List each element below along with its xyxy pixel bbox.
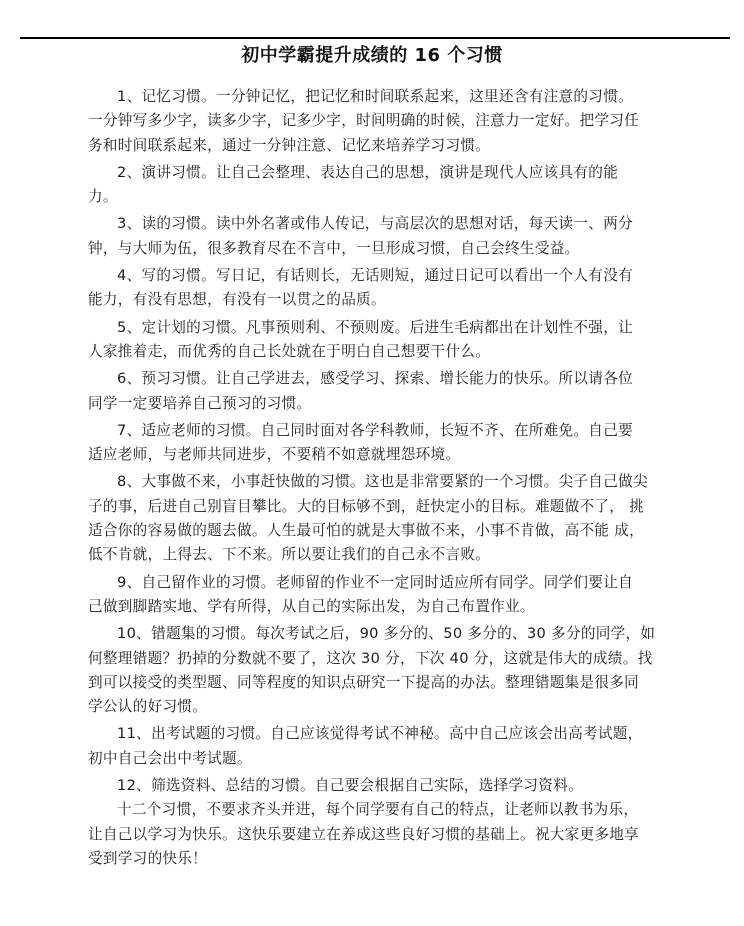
- text-line: 9、自己留作业的习惯。老师留的作业不一定同时适应所有同学。同学们要让自: [88, 571, 663, 595]
- text-line: 11、出考试题的习惯。自己应该觉得考试不神秘。高中自己应该会出高考试题，: [88, 722, 663, 746]
- document-body: 1、记忆习惯。一分钟记忆，把记忆和时间联系起来，这里还含有注意的习惯。 一分钟写…: [88, 85, 663, 871]
- paragraph-habit-11: 11、出考试题的习惯。自己应该觉得考试不神秘。高中自己应该会出高考试题， 初中自…: [88, 722, 663, 771]
- header-rule: [20, 37, 730, 39]
- text-line: 适应老师，与老师共同进步，不要稍不如意就埋怨环境。: [88, 443, 663, 467]
- text-line: 5、定计划的习惯。凡事预则利、不预则废。后进生毛病都出在计划性不强，让: [88, 316, 663, 340]
- text-line: 4、写的习惯。写日记，有话则长，无话则短，通过日记可以看出一个人有没有: [88, 264, 663, 288]
- text-line: 何整理错题？扔掉的分数就不要了，这次 30 分，下次 40 分，这就是伟大的成绩…: [88, 647, 663, 671]
- text-line: 受到学习的快乐！: [88, 847, 663, 871]
- text-line: 学公认的好习惯。: [88, 695, 663, 719]
- text-line: 十二个习惯，不要求齐头并进，每个同学要有自己的特点，让老师以教书为乐，: [88, 798, 663, 822]
- text-line: 一分钟写多少字，读多少字，记多少字，时间明确的时候，注意力一定好。把学习任: [88, 109, 663, 133]
- text-line: 子的事，后进自己别盲目攀比。大的目标够不到，赶快定小的目标。难题做不了， 挑: [88, 495, 663, 519]
- paragraph-habit-10: 10、错题集的习惯。每次考试之后，90 多分的、50 多分的、30 多分的同学，…: [88, 622, 663, 719]
- text-line: 初中自己会出中考试题。: [88, 747, 663, 771]
- text-line: 到可以接受的类型题、同等程度的知识点研究一下提高的办法。整理错题集是很多同: [88, 671, 663, 695]
- text-line: 同学一定要培养自己预习的习惯。: [88, 392, 663, 416]
- text-line: 2、演讲习惯。让自己会整理、表达自己的思想，演讲是现代人应该具有的能: [88, 161, 663, 185]
- text-line: 8、大事做不来，小事赶快做的习惯。这也是非常要紧的一个习惯。尖子自己做尖: [88, 470, 663, 494]
- text-line: 力。: [88, 185, 663, 209]
- document-title: 初中学霸提升成绩的 16 个习惯: [0, 43, 744, 69]
- text-line: 低不肯就，上得去、下不来。所以要让我们的自己永不言败。: [88, 543, 663, 567]
- text-line: 适合你的容易做的题去做。人生最可怕的就是大事做不来，小事不肯做，高不能 成，: [88, 519, 663, 543]
- text-line: 10、错题集的习惯。每次考试之后，90 多分的、50 多分的、30 多分的同学，…: [88, 622, 663, 646]
- text-line: 能力，有没有思想，有没有一以贯之的品质。: [88, 288, 663, 312]
- text-line: 钟，与大师为伍，很多教育尽在不言中，一旦形成习惯，自己会终生受益。: [88, 237, 663, 261]
- paragraph-conclusion: 十二个习惯，不要求齐头并进，每个同学要有自己的特点，让老师以教书为乐， 让自己以…: [88, 798, 663, 871]
- paragraph-habit-1: 1、记忆习惯。一分钟记忆，把记忆和时间联系起来，这里还含有注意的习惯。 一分钟写…: [88, 85, 663, 158]
- text-line: 6、预习习惯。让自己学进去，感受学习、探索、增长能力的快乐。所以请各位: [88, 367, 663, 391]
- paragraph-habit-5: 5、定计划的习惯。凡事预则利、不预则废。后进生毛病都出在计划性不强，让 人家推着…: [88, 316, 663, 365]
- paragraph-habit-3: 3、读的习惯。读中外名著或伟人传记，与高层次的思想对话，每天读一、两分 钟，与大…: [88, 212, 663, 261]
- paragraph-habit-2: 2、演讲习惯。让自己会整理、表达自己的思想，演讲是现代人应该具有的能 力。: [88, 161, 663, 210]
- text-line: 12、筛选资料、总结的习惯。自己要会根据自己实际，选择学习资料。: [88, 774, 663, 798]
- paragraph-habit-7: 7、适应老师的习惯。自己同时面对各学科教师，长短不齐、在所难免。自己要 适应老师…: [88, 419, 663, 468]
- text-line: 务和时间联系起来，通过一分钟注意、记忆来培养学习习惯。: [88, 134, 663, 158]
- paragraph-habit-8: 8、大事做不来，小事赶快做的习惯。这也是非常要紧的一个习惯。尖子自己做尖 子的事…: [88, 470, 663, 567]
- paragraph-habit-9: 9、自己留作业的习惯。老师留的作业不一定同时适应所有同学。同学们要让自 己做到脚…: [88, 571, 663, 620]
- text-line: 己做到脚踏实地、学有所得，从自己的实际出发，为自己布置作业。: [88, 595, 663, 619]
- text-line: 让自己以学习为快乐。这快乐要建立在养成这些良好习惯的基础上。祝大家更多地享: [88, 823, 663, 847]
- text-line: 7、适应老师的习惯。自己同时面对各学科教师，长短不齐、在所难免。自己要: [88, 419, 663, 443]
- text-line: 1、记忆习惯。一分钟记忆，把记忆和时间联系起来，这里还含有注意的习惯。: [88, 85, 663, 109]
- paragraph-habit-4: 4、写的习惯。写日记，有话则长，无话则短，通过日记可以看出一个人有没有 能力，有…: [88, 264, 663, 313]
- paragraph-habit-6: 6、预习习惯。让自己学进去，感受学习、探索、增长能力的快乐。所以请各位 同学一定…: [88, 367, 663, 416]
- text-line: 人家推着走，而优秀的自己长处就在于明白自己想要干什么。: [88, 340, 663, 364]
- text-line: 3、读的习惯。读中外名著或伟人传记，与高层次的思想对话，每天读一、两分: [88, 212, 663, 236]
- paragraph-habit-12: 12、筛选资料、总结的习惯。自己要会根据自己实际，选择学习资料。: [88, 774, 663, 798]
